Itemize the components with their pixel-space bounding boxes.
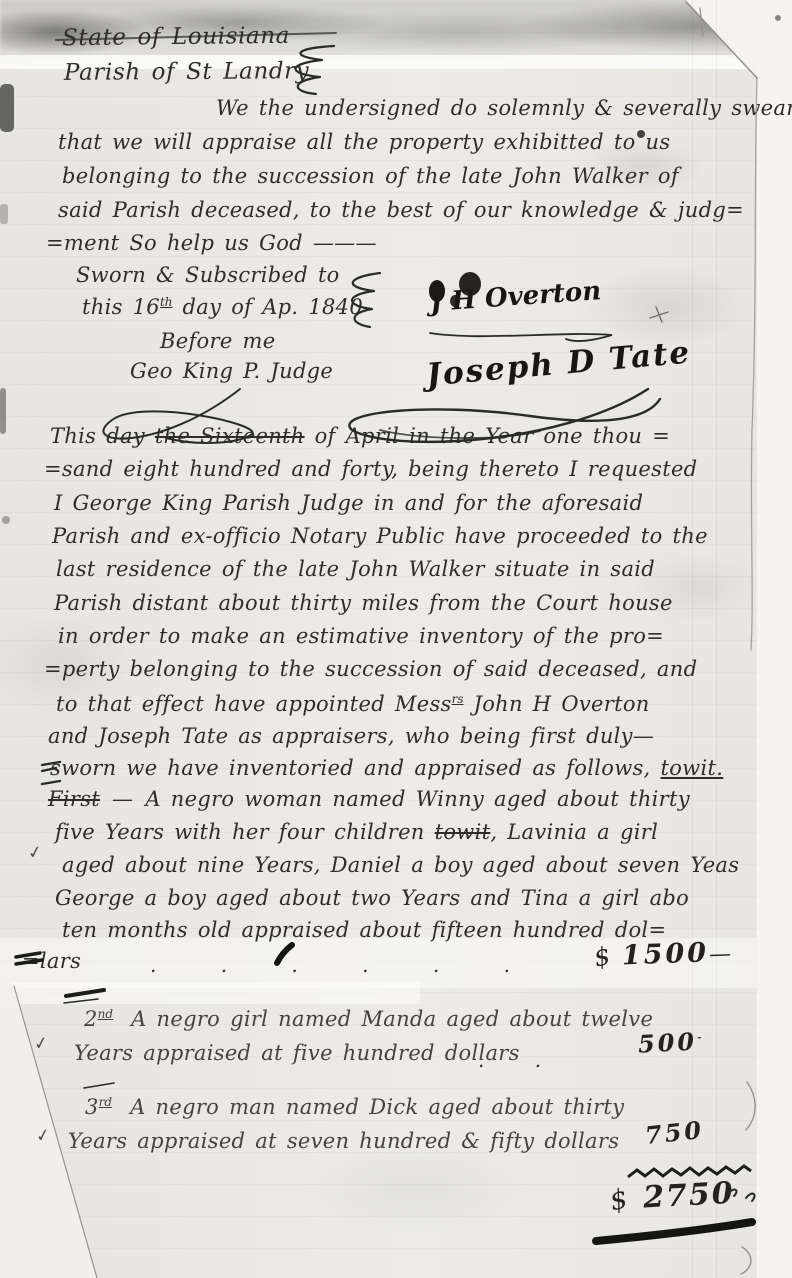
ordinal-superscript: nd [98, 1007, 113, 1021]
heading-state: State of Louisiana [62, 25, 290, 50]
entry-line: five Years with her four children towit,… [55, 822, 658, 843]
amount-dash: - [696, 1029, 702, 1045]
oath-line: We the undersigned do solemnly & several… [216, 98, 792, 119]
entry-line: 3rdA negro man named Dick aged about thi… [85, 1096, 624, 1118]
body-line: sworn we have inventoried and appraised … [50, 758, 723, 779]
entry-text: A negro woman named Winny aged about thi… [145, 787, 690, 811]
entry-ordinal: 2 [84, 1007, 98, 1031]
scan-right-margin [757, 0, 792, 1278]
attestation-date-line: this 16th day of Ap. 1840 [82, 296, 363, 318]
body-text: to that effect have appointed Mess [56, 692, 452, 716]
body-line: This day the Sixteenth of April in the Y… [50, 426, 670, 447]
amount-value: 750 [644, 1115, 706, 1150]
dot-leader: . . . . . . [150, 953, 510, 977]
heading-parish: Parish of St Landry [64, 60, 309, 85]
entry-text: , Lavinia a girl [490, 820, 658, 844]
entry-line: ten months old appraised about fifteen h… [62, 920, 666, 941]
entry-ordinal: 3 [85, 1095, 99, 1119]
scan-light-strip [0, 982, 420, 1004]
date-text: this 16 [82, 295, 160, 319]
scanned-document: State of Louisiana Parish of St Landry W… [0, 0, 792, 1278]
body-text: of April in the Year one thou = [305, 424, 670, 448]
entry-line: 2ndA negro girl named Manda aged about t… [84, 1008, 653, 1030]
dot-leader: . . [478, 1048, 541, 1072]
amount-dash: — [709, 942, 732, 968]
dollar-sign: $ [607, 1185, 630, 1215]
body-line: and Joseph Tate as appraisers, who being… [48, 726, 654, 747]
body-line: =sand eight hundred and forty, being the… [44, 459, 697, 480]
entry-line: =lars [22, 951, 81, 972]
ordinal-superscript: th [160, 295, 173, 309]
body-line: Parish distant about thirty miles from t… [54, 593, 673, 614]
entry-separator: — [112, 787, 133, 811]
oath-line: =ment So help us God ——— [46, 233, 377, 254]
fold-line [692, 0, 693, 1278]
attestation-sworn-line: Sworn & Subscribed to [76, 265, 340, 286]
entry-text: A negro man named Dick aged about thirty [130, 1095, 624, 1119]
body-line: last residence of the late John Walker s… [56, 559, 655, 580]
fold-line [716, 0, 717, 1278]
struck-text: the Sixteenth [155, 424, 305, 448]
entry-line: aged about nine Years, Daniel a boy aged… [62, 855, 739, 876]
entry-line: George a boy aged about two Years and Ti… [55, 888, 689, 909]
ordinal-superscript: rd [99, 1095, 112, 1109]
body-text: John H Overton [464, 692, 650, 716]
attestation-before-me: Before me [160, 331, 275, 352]
abbreviation-superscript: rs [452, 692, 464, 706]
amount-entry2: 500- [637, 1029, 702, 1056]
entry-text: five Years with her four children [55, 820, 435, 844]
body-line: Parish and ex-officio Notary Public have… [52, 526, 708, 547]
body-line: to that effect have appointed Messrs Joh… [56, 693, 650, 715]
amount-entry1: $1500— [594, 939, 732, 971]
oath-line: belonging to the succession of the late … [62, 166, 679, 187]
amount-value: 500 [637, 1027, 698, 1059]
oath-line: said Parish deceased, to the best of our… [58, 200, 744, 221]
entry-text: A negro girl named Manda aged about twel… [131, 1007, 653, 1031]
entry-ordinal: First [48, 787, 100, 811]
oath-line: that we will appraise all the property e… [58, 132, 670, 153]
judge-name: Geo King P. Judge [130, 361, 333, 382]
amount-value: 1500 [621, 937, 709, 971]
underlined-text: towit. [661, 756, 724, 780]
body-line: I George King Parish Judge in and for th… [54, 493, 643, 514]
amount-entry3: 750 [644, 1118, 705, 1148]
date-text: day of Ap. 1840 [173, 295, 363, 319]
struck-text: towit [435, 820, 491, 844]
body-line: =perty belonging to the succession of sa… [44, 659, 697, 680]
total-value: 2750 [642, 1176, 735, 1216]
entry-line: Years appraised at five hundred dollars [74, 1043, 520, 1064]
amount-total: $2750 [609, 1179, 735, 1215]
body-text: sworn we have inventoried and appraised … [50, 756, 661, 780]
entry-line: Years appraised at seven hundred & fifty… [68, 1131, 619, 1152]
dollar-sign: $ [592, 943, 613, 971]
body-line: in order to make an estimative inventory… [58, 626, 664, 647]
entry-line: First—A negro woman named Winny aged abo… [48, 789, 690, 810]
body-text: This day [50, 424, 155, 448]
